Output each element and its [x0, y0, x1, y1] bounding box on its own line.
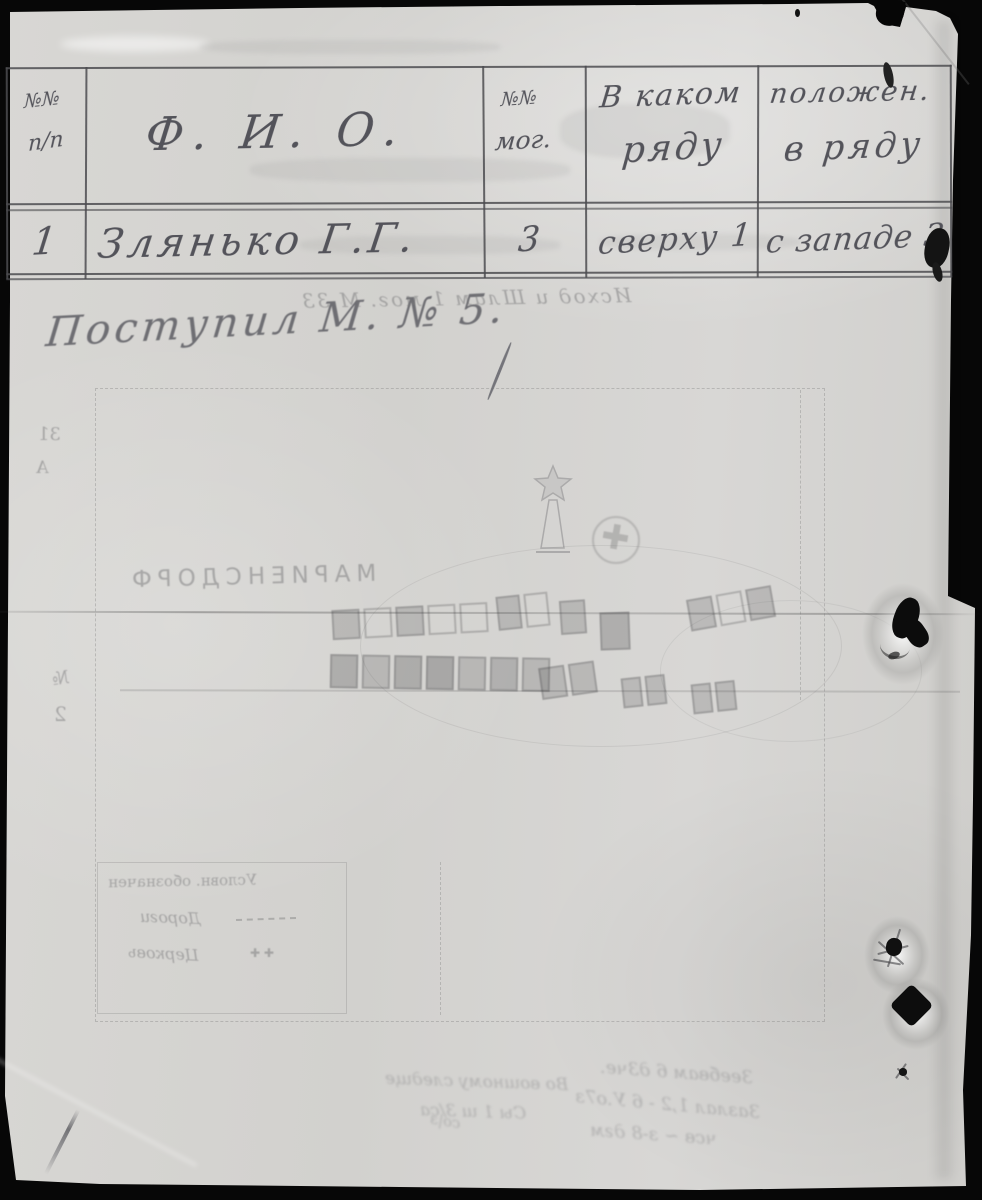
margin-mark: № [51, 667, 71, 690]
legend-title: Условн. обозначен [108, 871, 257, 892]
margin-mark: А [36, 458, 49, 478]
paper-speck [795, 9, 800, 17]
table-border-line [482, 66, 486, 278]
margin-mark: 2 [54, 702, 67, 726]
header-position-line1: положен. [768, 73, 933, 109]
table-border-line [6, 201, 952, 205]
table-border-line [6, 67, 9, 279]
cell-fio: Злянько Г.Г. [95, 213, 420, 268]
margin-mark: 31 [38, 424, 61, 445]
header-row-line2: ряду [620, 125, 726, 172]
table-border-line [6, 271, 952, 275]
scanned-document-canvas: №№ п/п Ф. И. О. №№ мог. В каком ряду пол… [0, 0, 982, 1200]
grave-register-table: №№ п/п Ф. И. О. №№ мог. В каком ряду пол… [6, 65, 953, 281]
paper-tear-mark [899, 1068, 907, 1076]
grave-row-sketch [495, 591, 554, 631]
grave-row-sketch [621, 674, 672, 709]
header-grave-line1: №№ [500, 87, 537, 112]
table-border-line [757, 65, 760, 277]
grave-row-sketch [559, 599, 591, 635]
table-border-line [85, 67, 88, 279]
header-grave-line2: мог. [494, 124, 553, 156]
cell-row: сверху 1 [596, 217, 754, 262]
cell-position: с западе 3 [764, 218, 947, 261]
header-num-line2: п/п [28, 126, 64, 156]
grave-row-sketch [330, 654, 555, 692]
cell-grave: 3 [516, 219, 541, 261]
table-border-line [585, 66, 588, 278]
header-position-line2: в ряду [782, 124, 926, 169]
grave-row-sketch [691, 680, 742, 715]
grave-row-sketch [599, 611, 634, 650]
table-border-line [6, 207, 952, 211]
legend-church: Церковь [128, 942, 200, 965]
header-fio: Ф. И. О. [143, 102, 411, 161]
bleedthrough-smudge [200, 40, 500, 54]
header-row-line1: В каком [598, 75, 744, 115]
legend-roads: Дороги [140, 907, 202, 928]
cell-num: 1 [30, 218, 59, 264]
header-num-line1: №№ [24, 87, 60, 113]
legend-church-marks: ✚ ✚ [250, 946, 274, 960]
